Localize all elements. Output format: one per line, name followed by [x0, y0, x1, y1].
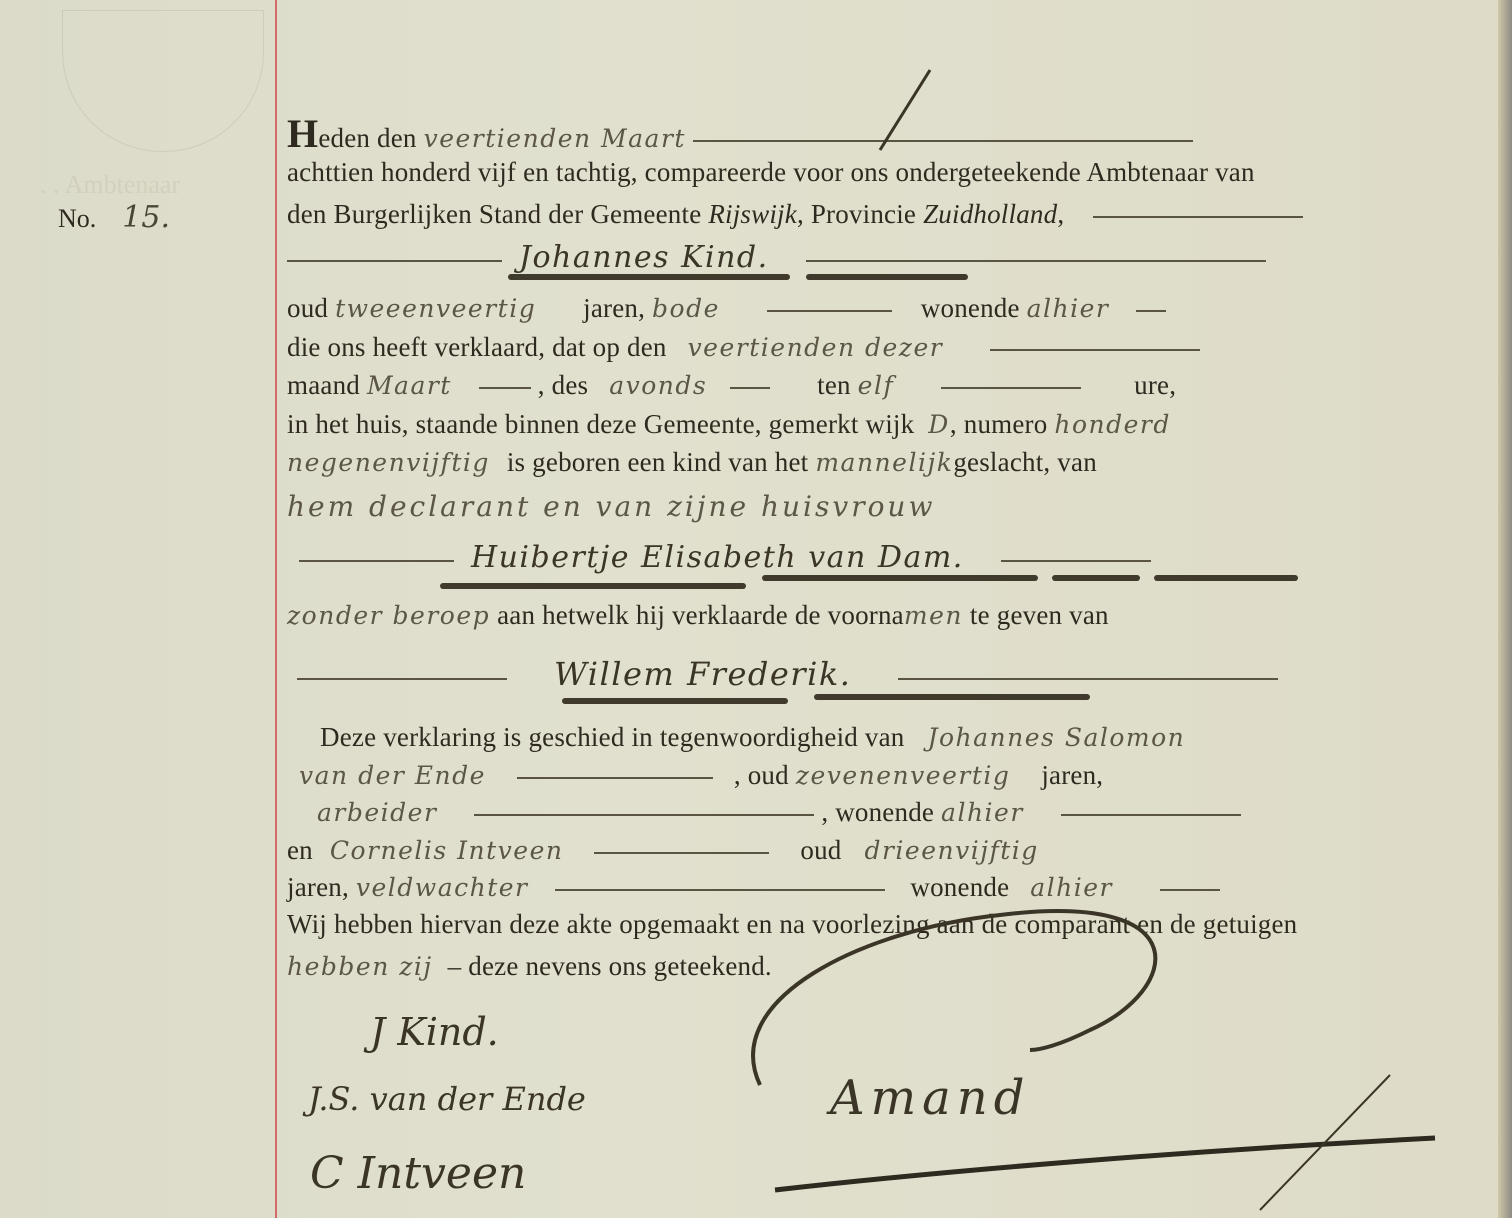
pen-strokes [0, 0, 1512, 1218]
page-edge [1498, 0, 1512, 1218]
margin-rule [275, 0, 277, 1218]
document-page: . . Ambtenaar No.15. Heden den veertiend… [0, 0, 1498, 1218]
